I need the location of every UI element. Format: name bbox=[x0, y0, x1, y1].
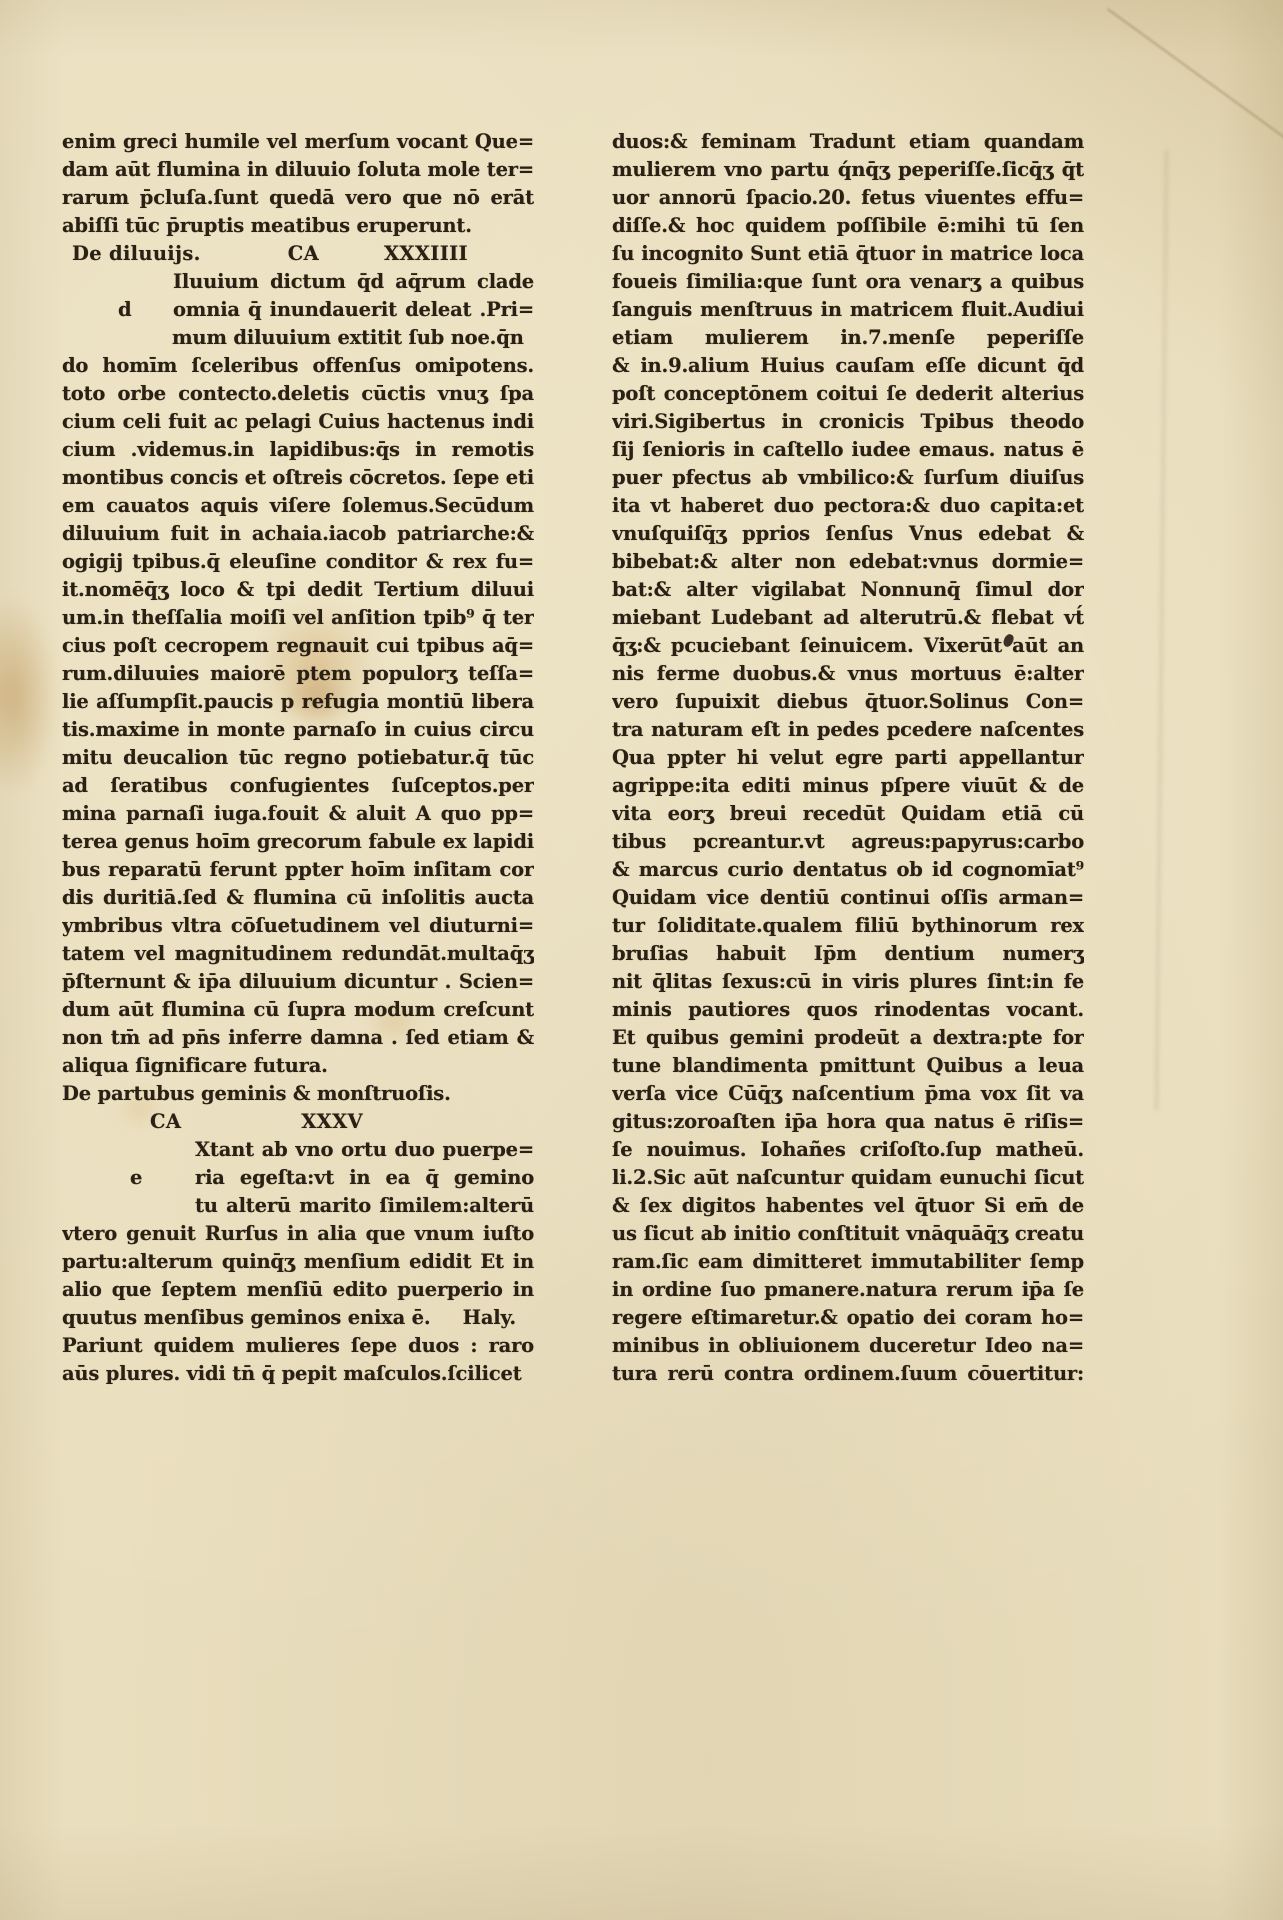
text-line: mulierem vno partu q́nq̄ʒ peperiſſe.ſicq… bbox=[612, 156, 1084, 184]
line-text: poſt conceptōnem coitui ſe dederit alter… bbox=[612, 382, 1084, 405]
line-text: miebant Ludebant ad alterutrū.& flebat v… bbox=[612, 606, 1084, 629]
text-line: Et quibus gemini prodeūt a dextra:pte fo… bbox=[612, 1024, 1084, 1052]
line-text: quutus menſibus geminos enixa ē. bbox=[62, 1304, 430, 1332]
chapter-rubric-line: CAXXXV bbox=[62, 1108, 534, 1136]
line-text: mitu deucalion tūc regno potiebatur.q̄ t… bbox=[62, 746, 534, 769]
line-text: um.in theſſalia moiſi vel anſition tpib⁹… bbox=[62, 606, 534, 629]
text-line: terea genus hoīm grecorum fabule ex lapi… bbox=[62, 828, 534, 856]
line-text: ram.ſic eam dimitteret immutabiliter ſem… bbox=[612, 1250, 1084, 1273]
line-text: ria egeſta:vt in ea q̄ gemino par= bbox=[195, 1166, 534, 1192]
line-text: q̄ʒ:& pcuciebant ſeinuicem. Vixerūt aūt … bbox=[612, 634, 1084, 657]
text-line: do homīm ſceleribus offenſus omipotens. bbox=[62, 352, 534, 380]
text-line: poſt conceptōnem coitui ſe dederit alter… bbox=[612, 380, 1084, 408]
text-line: vtero genuit Rurſus in alia que vnum iuſ… bbox=[62, 1220, 534, 1248]
line-text: ymbribus vltra cōſuetudinem vel diuturni… bbox=[62, 914, 534, 937]
line-text: tibus pcreantur.vt agreus:papyrus:carbo bbox=[612, 830, 1084, 853]
line-text: Et quibus gemini prodeūt a dextra:pte fo… bbox=[612, 1026, 1084, 1049]
text-line: diſſe.& hoc quidem poſſibile ē:mihi tū ſ… bbox=[612, 212, 1084, 240]
line-text: cium .videmus.in lapidibus:q̄s in remoti… bbox=[62, 438, 534, 461]
line-text: uor annorū ſpacio.20. fetus viuentes eff… bbox=[612, 186, 1084, 209]
line-text: li.2.Sic aūt naſcuntur quidam eunuchi ſi… bbox=[612, 1166, 1084, 1189]
line-text: ſu incognito Sunt etiā q̄tuor in matrice… bbox=[612, 242, 1084, 265]
text-line: ſij ſenioris in caſtello iudee emaus. na… bbox=[612, 436, 1084, 464]
text-line: q̄ʒ:& pcuciebant ſeinuicem. Vixerūt aūt … bbox=[612, 632, 1084, 660]
line-text: Pariunt quidem mulieres ſepe duos : raro bbox=[62, 1334, 534, 1357]
chapter-number: XXXIIII bbox=[384, 240, 468, 268]
text-line: cius poſt cecropem regnauit cui tpibus a… bbox=[62, 632, 534, 660]
text-line: nis ferme duobus.& vnus mortuus ē:alter bbox=[612, 660, 1084, 688]
text-line: ram.ſic eam dimitteret immutabiliter ſem… bbox=[612, 1248, 1084, 1276]
text-line: minis pautiores quos rinodentas vocant. bbox=[612, 996, 1084, 1024]
text-line: dam aūt flumina in diluuio ſoluta mole t… bbox=[62, 156, 534, 184]
text-line: Iluuium dictum q̄d aq̄rum clade bbox=[62, 268, 534, 296]
chapter-ca-label: CA bbox=[288, 240, 319, 268]
line-text: omnia q̄ inundauerit deleat .Pri= bbox=[173, 298, 534, 321]
line-text: viri.Sigibertus in cronicis Tpibus theod… bbox=[612, 410, 1084, 433]
line-text: dam aūt flumina in diluuio ſoluta mole t… bbox=[62, 158, 534, 181]
line-text: tune blandimenta pmittunt Quibus a leua bbox=[612, 1054, 1084, 1077]
line-text: verſa vice Cūq̄ʒ naſcentium p̄ma vox ſit… bbox=[612, 1082, 1084, 1105]
line-text: gitus:zoroaſten ip̄a hora qua natus ē ri… bbox=[612, 1110, 1084, 1133]
text-line: diluuium fuit in achaia.iacob patriarche… bbox=[62, 520, 534, 548]
line-text: dum aūt flumina cū ſupra modum creſcunt bbox=[62, 998, 534, 1021]
line-text: bruſias habuit Ip̄m dentium numerʒ diſce… bbox=[612, 942, 1084, 968]
text-line: lie aſſumpſit.paucis p refugia montiū li… bbox=[62, 688, 534, 716]
line-text: vero ſupuixit diebus q̄tuor.Solinus Con= bbox=[612, 690, 1084, 713]
text-line: & ſex digitos habentes vel q̄tuor Si em̄… bbox=[612, 1192, 1084, 1220]
text-line: viri.Sigibertus in cronicis Tpibus theod… bbox=[612, 408, 1084, 436]
text-line: ymbribus vltra cōſuetudinem vel diuturni… bbox=[62, 912, 534, 940]
text-line: ſanguis menſtruus in matricem fluit.Audi… bbox=[612, 296, 1084, 324]
text-line: cium celi fuit ac pelagi Cuius hactenus … bbox=[62, 408, 534, 436]
text-line: tatem vel magnitudinem redundāt.multaq̄ʒ bbox=[62, 940, 534, 968]
text-line: tis.maxime in monte parnaſo in cuius cir… bbox=[62, 716, 534, 744]
line-text: toto orbe contecto.deletis cūctis vnuʒ ſ… bbox=[62, 382, 534, 405]
text-line: etiam mulierem in.7.menſe peperiſſe fili… bbox=[612, 324, 1084, 352]
line-text: etiam mulierem in.7.menſe peperiſſe fili… bbox=[612, 326, 1084, 352]
text-line: tura rerū contra ordinem.ſuum cōuertitur… bbox=[612, 1360, 1084, 1388]
line-text: agrippe:ita editi minus pſpere viuūt & d… bbox=[612, 774, 1084, 797]
text-line: uor annorū ſpacio.20. fetus viuentes eff… bbox=[612, 184, 1084, 212]
text-line: ogigij tpibus.q̄ eleuſine conditor & rex… bbox=[62, 548, 534, 576]
text-line: us ſicut ab initio conſtituit vnāquāq̄ʒ … bbox=[612, 1220, 1084, 1248]
text-line: rum.diluuies maiorē ptem populorʒ teſſa= bbox=[62, 660, 534, 688]
text-line: non tm̄ ad pn̄s inferre damna . ſed etia… bbox=[62, 1024, 534, 1052]
text-line: li.2.Sic aūt naſcuntur quidam eunuchi ſi… bbox=[612, 1164, 1084, 1192]
line-text: vita eorʒ breui recedūt Quidam etiā cū d… bbox=[612, 802, 1084, 828]
text-line: Qua ppter hi velut egre parti appellantu… bbox=[612, 744, 1084, 772]
chapter-ca-label: CA bbox=[150, 1108, 181, 1136]
line-text: em cauatos aquis viſere ſolemus.Secūdum bbox=[62, 494, 534, 517]
line-text: Quidam vice dentiū continui oſſis arman= bbox=[612, 886, 1084, 909]
line-text: tis.maxime in monte parnaſo in cuius cir… bbox=[62, 718, 534, 741]
line-text: cius poſt cecropem regnauit cui tpibus a… bbox=[62, 634, 534, 657]
text-line: De partubus geminis & monſtruoſis. bbox=[62, 1080, 534, 1108]
line-text: aliqua ſignificare futura. bbox=[62, 1054, 328, 1077]
text-line: miebant Ludebant ad alterutrū.& flebat v… bbox=[612, 604, 1084, 632]
line-text: mulierem vno partu q́nq̄ʒ peperiſſe.ſicq… bbox=[612, 158, 1084, 181]
line-text: mina parnaſi iuga.fouit & aluit A quo pp… bbox=[62, 802, 534, 825]
text-line: alio que ſeptem menſiū edito puerperio i… bbox=[62, 1276, 534, 1304]
line-text: tra naturam eſt in pedes pcedere naſcent… bbox=[612, 718, 1084, 741]
line-text: lie aſſumpſit.paucis p refugia montiū li… bbox=[62, 690, 534, 713]
line-text: ad ſeratibus confugientes ſuſceptos.per … bbox=[62, 774, 534, 800]
line-text: bibebat:& alter non edebat:vnus dormie= bbox=[612, 550, 1084, 573]
line-text: ſe nouimus. Iohañes criſoſto.ſup matheū. bbox=[612, 1138, 1084, 1161]
line-text: diluuium fuit in achaia.iacob patriarche… bbox=[62, 522, 534, 545]
text-line: tu alterū marito ſimilem:alterū ab bbox=[62, 1192, 534, 1220]
text-line: vnuſquiſq̄ʒ pprios ſenſus Vnus edebat & bbox=[612, 520, 1084, 548]
line-text: bat:& alter vigilabat Nonnunq̄ ſimul dor bbox=[612, 578, 1084, 601]
line-text: ogigij tpibus.q̄ eleuſine conditor & rex… bbox=[62, 550, 534, 573]
left-text-column: enim greci humile vel merſum vocant Que=… bbox=[62, 128, 534, 1388]
text-line: ita vt haberet duo pectora:& duo capita:… bbox=[612, 492, 1084, 520]
line-text: aūs plures. vidi tn̄ q̄ pepit maſculos.ſ… bbox=[62, 1362, 522, 1385]
line-text: dis duritiā.ſed & flumina cū inſolitis a… bbox=[62, 886, 534, 909]
text-line: in ordine ſuo pmanere.natura rerum ip̄a … bbox=[612, 1276, 1084, 1304]
text-line: ſu incognito Sunt etiā q̄tuor in matrice… bbox=[612, 240, 1084, 268]
chapter-rubric-line: De diluuijs.CAXXXIIII bbox=[62, 240, 534, 268]
text-line: agrippe:ita editi minus pſpere viuūt & d… bbox=[612, 772, 1084, 800]
text-line: rarum p̄cluſa.ſunt quedā vero que nō erā… bbox=[62, 184, 534, 212]
line-text: do homīm ſceleribus offenſus omipotens. bbox=[62, 354, 534, 377]
text-line: mina parnaſi iuga.fouit & aluit A quo pp… bbox=[62, 800, 534, 828]
line-text: & ſex digitos habentes vel q̄tuor Si em̄… bbox=[612, 1194, 1084, 1217]
line-text: De partubus geminis & monſtruoſis. bbox=[62, 1082, 451, 1105]
text-line: bus reparatū ferunt ppter hoīm inſitam c… bbox=[62, 856, 534, 884]
text-line: enim greci humile vel merſum vocant Que= bbox=[62, 128, 534, 156]
text-line: tune blandimenta pmittunt Quibus a leua bbox=[612, 1052, 1084, 1080]
line-text: nis ferme duobus.& vnus mortuus ē:alter bbox=[612, 662, 1084, 685]
line-text: in ordine ſuo pmanere.natura rerum ip̄a … bbox=[612, 1278, 1084, 1301]
line-text: foueis ſimilia:que ſunt ora venarʒ a qui… bbox=[612, 270, 1084, 293]
text-line: regere eſtimaretur.& opatio dei coram ho… bbox=[612, 1304, 1084, 1332]
line-text: minis pautiores quos rinodentas vocant. bbox=[612, 998, 1084, 1021]
line-text: tur ſoliditate.qualem filiū bythinorum r… bbox=[612, 914, 1084, 937]
line-text: Iluuium dictum q̄d aq̄rum clade bbox=[173, 270, 534, 293]
line-text: & marcus curio dentatus ob id cognomīat⁹ bbox=[612, 858, 1084, 881]
line-text: tura rerū contra ordinem.ſuum cōuertitur… bbox=[612, 1362, 1084, 1385]
text-line: gitus:zoroaſten ip̄a hora qua natus ē ri… bbox=[612, 1108, 1084, 1136]
text-line: bruſias habuit Ip̄m dentium numerʒ diſce… bbox=[612, 940, 1084, 968]
line-text: puer pfectus ab vmbilico:& ſurſum diuiſu… bbox=[612, 466, 1084, 489]
text-line: duos:& feminam Tradunt etiam quandam bbox=[612, 128, 1084, 156]
text-line: & marcus curio dentatus ob id cognomīat⁹ bbox=[612, 856, 1084, 884]
line-text: Xtant ab vno ortu duo puerpe= bbox=[195, 1138, 534, 1161]
chapter-number: XXXV bbox=[301, 1108, 363, 1136]
text-line: verſa vice Cūq̄ʒ naſcentium p̄ma vox ſit… bbox=[612, 1080, 1084, 1108]
line-text: mum diluuium extitit ſub noe.q̄n bbox=[172, 326, 524, 349]
text-line: mum diluuium extitit ſub noe.q̄n bbox=[62, 324, 534, 352]
text-line: it.nomēq̄ʒ loco & tpi dedit Tertium dilu… bbox=[62, 576, 534, 604]
text-line: nit q̄litas ſexus:cū in viris plures ſin… bbox=[612, 968, 1084, 996]
line-text: bus reparatū ferunt ppter hoīm inſitam c… bbox=[62, 858, 534, 881]
text-line: aliqua ſignificare futura. bbox=[62, 1052, 534, 1080]
text-line: em cauatos aquis viſere ſolemus.Secūdum bbox=[62, 492, 534, 520]
line-text: duos:& feminam Tradunt etiam quandam bbox=[612, 130, 1084, 153]
text-line: aūs plures. vidi tn̄ q̄ pepit maſculos.ſ… bbox=[62, 1360, 534, 1388]
line-text: ſij ſenioris in caſtello iudee emaus. na… bbox=[612, 438, 1084, 461]
line-text: ſanguis menſtruus in matricem fluit.Audi… bbox=[612, 298, 1084, 321]
text-line: montibus concis et oſtreis cōcretos. ſep… bbox=[62, 464, 534, 492]
line-text: abiſſi tūc p̄ruptis meatibus eruperunt. bbox=[62, 214, 472, 237]
line-text: regere eſtimaretur.& opatio dei coram ho… bbox=[612, 1306, 1084, 1329]
line-text: nit q̄litas ſexus:cū in viris plures ſin… bbox=[612, 970, 1084, 993]
text-line: tibus pcreantur.vt agreus:papyrus:carbo bbox=[612, 828, 1084, 856]
line-text: rarum p̄cluſa.ſunt quedā vero que nō erā… bbox=[62, 186, 534, 209]
text-line: partu:alterum quinq̄ʒ menſium edidit Et … bbox=[62, 1248, 534, 1276]
line-text: tatem vel magnitudinem redundāt.multaq̄ʒ bbox=[62, 942, 534, 965]
text-line: mitu deucalion tūc regno potiebatur.q̄ t… bbox=[62, 744, 534, 772]
line-text: & in.9.alium Huius cauſam eſſe dicunt q̄… bbox=[612, 354, 1084, 377]
text-line: tra naturam eſt in pedes pcedere naſcent… bbox=[612, 716, 1084, 744]
line-text: us ſicut ab initio conſtituit vnāquāq̄ʒ … bbox=[612, 1222, 1084, 1245]
line-text: alio que ſeptem menſiū edito puerperio i… bbox=[62, 1278, 534, 1304]
line-text: Qua ppter hi velut egre parti appellantu… bbox=[612, 746, 1084, 769]
line-text: it.nomēq̄ʒ loco & tpi dedit Tertium dilu… bbox=[62, 578, 534, 601]
line-text: montibus concis et oſtreis cōcretos. ſep… bbox=[62, 466, 534, 489]
line-text: vnuſquiſq̄ʒ pprios ſenſus Vnus edebat & bbox=[612, 522, 1084, 545]
text-line: vita eorʒ breui recedūt Quidam etiā cū d… bbox=[612, 800, 1084, 828]
text-line: p̄ſternunt & ip̄a diluuium dicuntur . Sc… bbox=[62, 968, 534, 996]
text-line: vero ſupuixit diebus q̄tuor.Solinus Con= bbox=[612, 688, 1084, 716]
text-line: dis duritiā.ſed & flumina cū inſolitis a… bbox=[62, 884, 534, 912]
text-line: tur ſoliditate.qualem filiū bythinorum r… bbox=[612, 912, 1084, 940]
line-text: tu alterū marito ſimilem:alterū ab bbox=[195, 1194, 534, 1220]
text-line: Pariunt quidem mulieres ſepe duos : raro bbox=[62, 1332, 534, 1360]
guide-letter: e bbox=[130, 1164, 142, 1192]
text-line: minibus in obliuionem duceretur Ideo na= bbox=[612, 1332, 1084, 1360]
line-text: diſſe.& hoc quidem poſſibile ē:mihi tū ſ… bbox=[612, 214, 1084, 237]
line-text: non tm̄ ad pn̄s inferre damna . ſed etia… bbox=[62, 1026, 534, 1049]
text-line: dum aūt flumina cū ſupra modum creſcunt bbox=[62, 996, 534, 1024]
line-text: minibus in obliuionem duceretur Ideo na= bbox=[612, 1334, 1084, 1357]
line-text: ita vt haberet duo pectora:& duo capita:… bbox=[612, 494, 1084, 517]
text-line: ad ſeratibus confugientes ſuſceptos.per … bbox=[62, 772, 534, 800]
chapter-title: De diluuijs. bbox=[72, 240, 201, 268]
text-line: Quidam vice dentiū continui oſſis arman= bbox=[612, 884, 1084, 912]
text-line: foueis ſimilia:que ſunt ora venarʒ a qui… bbox=[612, 268, 1084, 296]
text-line: toto orbe contecto.deletis cūctis vnuʒ ſ… bbox=[62, 380, 534, 408]
guide-letter: d bbox=[118, 296, 131, 324]
line-text: terea genus hoīm grecorum fabule ex lapi… bbox=[62, 830, 534, 853]
text-line: um.in theſſalia moiſi vel anſition tpib⁹… bbox=[62, 604, 534, 632]
text-line: puer pfectus ab vmbilico:& ſurſum diuiſu… bbox=[612, 464, 1084, 492]
text-line: Xtant ab vno ortu duo puerpe= bbox=[62, 1136, 534, 1164]
line-text: partu:alterum quinq̄ʒ menſium edidit Et … bbox=[62, 1250, 534, 1273]
text-line: cium .videmus.in lapidibus:q̄s in remoti… bbox=[62, 436, 534, 464]
line-text: enim greci humile vel merſum vocant Que= bbox=[62, 130, 534, 153]
text-line: bat:& alter vigilabat Nonnunq̄ ſimul dor bbox=[612, 576, 1084, 604]
line-right-word: Haly. bbox=[463, 1304, 516, 1332]
text-line: bibebat:& alter non edebat:vnus dormie= bbox=[612, 548, 1084, 576]
line-text: rum.diluuies maiorē ptem populorʒ teſſa= bbox=[62, 662, 534, 685]
text-line: ſe nouimus. Iohañes criſoſto.ſup matheū. bbox=[612, 1136, 1084, 1164]
text-line: domnia q̄ inundauerit deleat .Pri= bbox=[62, 296, 534, 324]
line-text: vtero genuit Rurſus in alia que vnum iuſ… bbox=[62, 1222, 534, 1245]
text-line: eria egeſta:vt in ea q̄ gemino par= bbox=[62, 1164, 534, 1192]
line-text: p̄ſternunt & ip̄a diluuium dicuntur . Sc… bbox=[62, 970, 534, 993]
text-line: & in.9.alium Huius cauſam eſſe dicunt q̄… bbox=[612, 352, 1084, 380]
right-text-column: duos:& feminam Tradunt etiam quandammuli… bbox=[612, 128, 1084, 1388]
line-text: cium celi fuit ac pelagi Cuius hactenus … bbox=[62, 410, 534, 433]
text-line: quutus menſibus geminos enixa ē.Haly. bbox=[62, 1304, 534, 1332]
text-line: abiſſi tūc p̄ruptis meatibus eruperunt. bbox=[62, 212, 534, 240]
